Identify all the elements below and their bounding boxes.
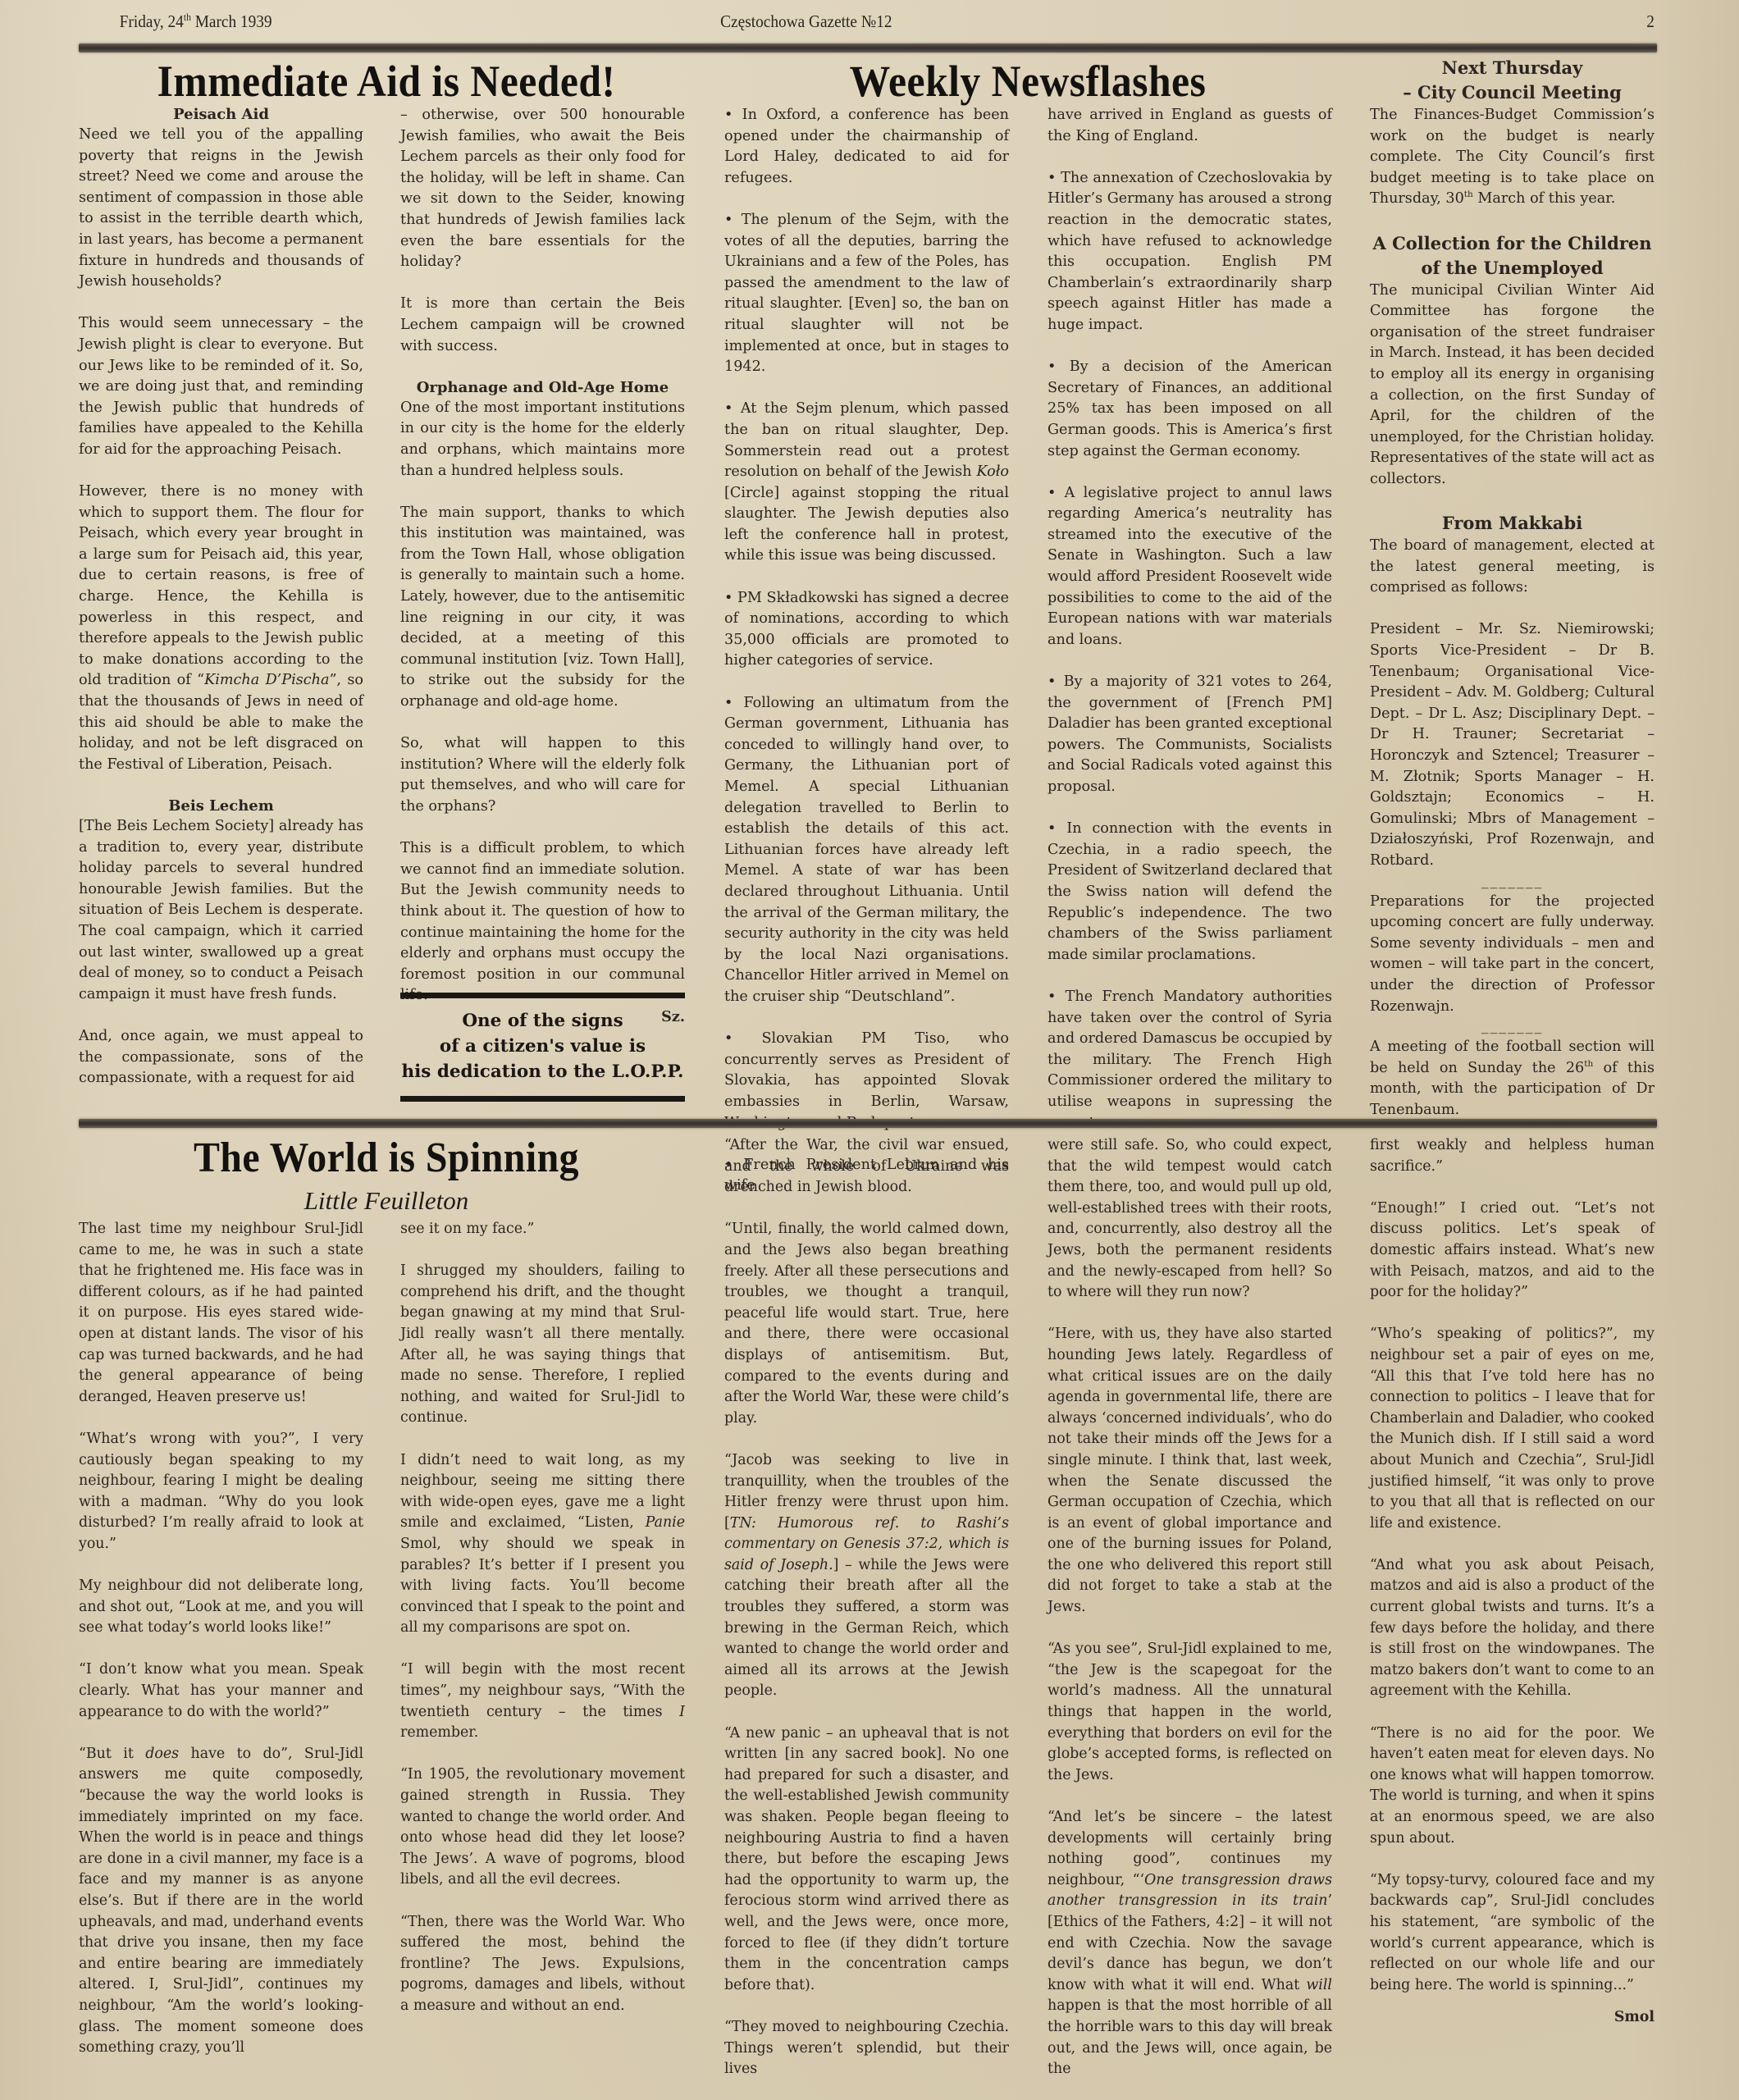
paragraph: “Here, with us, they have also started h… xyxy=(1048,1324,1332,1618)
news-item: • By a majority of 321 votes to 264, the… xyxy=(1048,672,1332,798)
lopp-notice-box: One of the signs of a citizen's value is… xyxy=(400,993,685,1102)
paragraph: “There is no aid for the poor. We haven’… xyxy=(1370,1723,1655,1850)
paragraph: And, once again, we must appeal to the c… xyxy=(79,1026,363,1089)
superscript: th xyxy=(1464,190,1473,200)
heading-collection: A Collection for the Children of the Une… xyxy=(1370,231,1655,281)
paragraph: “After the War, the civil war ensued, an… xyxy=(724,1135,1009,1198)
news-item: • In Oxford, a conference has been opene… xyxy=(724,105,1009,189)
text: [Circle] against stopping the ritual sla… xyxy=(724,485,1009,564)
heading-line: Next Thursday xyxy=(1442,57,1583,78)
column-newsflashes-2: have arrived in England as guests of the… xyxy=(1048,105,1332,1134)
publication-title: Częstochowa Gazette №12 xyxy=(79,11,1534,32)
paragraph: “A new panic – an upheaval that is not w… xyxy=(724,1723,1009,1997)
paragraph: The last time my neighbour Srul-Jidl cam… xyxy=(79,1219,363,1408)
column-feuilleton-4: were still safe. So, who could expect, t… xyxy=(1048,1135,1332,2080)
news-item: • Slovakian PM Tiso, who concurrently se… xyxy=(724,1029,1009,1134)
text: “I will begin with the most recent times… xyxy=(400,1661,685,1719)
paragraph: Need we tell you of the appalling povert… xyxy=(79,125,363,293)
column-feuilleton-5: first weakly and helpless human sacrific… xyxy=(1370,1135,1655,2029)
text: March of this year. xyxy=(1473,190,1616,207)
headline-weekly-newsflashes: Weekly Newsflashes xyxy=(745,56,1311,107)
heading-makkabi: From Makkabi xyxy=(1370,511,1655,536)
news-item: have arrived in England as guests of the… xyxy=(1048,105,1332,147)
italic-term: Kimcha D’Pischa xyxy=(204,672,329,688)
subheading-orphanage: Orphanage and Old-Age Home xyxy=(400,378,685,398)
paragraph: “Who’s speaking of politics?”, my neighb… xyxy=(1370,1324,1655,1534)
column-sidebar: Next Thursday– City Council Meeting The … xyxy=(1370,56,1655,1121)
news-item: • At the Sejm plenum, which passed the b… xyxy=(724,399,1009,567)
heading-city-council: Next Thursday– City Council Meeting xyxy=(1370,56,1655,105)
paragraph: “They moved to neighbouring Czechia. Thi… xyxy=(724,2017,1009,2080)
text: remember. xyxy=(400,1724,478,1741)
column-feuilleton-2: see it on my face.” I shrugged my should… xyxy=(400,1219,685,2017)
paragraph: “As you see”, Srul-Jidl explained to me,… xyxy=(1048,1639,1332,1786)
paragraph: One of the most important institutions i… xyxy=(400,398,685,482)
paragraph: were still safe. So, who could expect, t… xyxy=(1048,1135,1332,1303)
text: However, there is no money with which to… xyxy=(79,483,363,688)
middle-divider-rule xyxy=(79,1119,1657,1128)
paragraph: This would seem unnecessary – the Jewish… xyxy=(79,313,363,460)
paragraph: – otherwise, over 500 honourable Jewish … xyxy=(400,105,685,273)
text: have to do”, Srul-Jidl answers me quite … xyxy=(79,1746,363,2056)
news-item: • A legislative project to annul laws re… xyxy=(1048,483,1332,651)
subheading-peisach-aid: Peisach Aid xyxy=(79,105,363,125)
paragraph: “What’s wrong with you?”, I very cautiou… xyxy=(79,1429,363,1555)
paragraph: “But it does have to do”, Srul-Jidl answ… xyxy=(79,1744,363,2059)
column-feuilleton-3: “After the War, the civil war ensued, an… xyxy=(724,1135,1009,2080)
italic-term: I xyxy=(679,1704,685,1720)
news-item: • The annexation of Czechoslovakia by Hi… xyxy=(1048,168,1332,336)
paragraph: The municipal Civilian Winter Aid Commit… xyxy=(1370,281,1655,491)
paragraph: “I don’t know what you mean. Speak clear… xyxy=(79,1659,363,1723)
paragraph: So, what will happen to this institution… xyxy=(400,733,685,817)
paragraph: This is a difficult problem, to which we… xyxy=(400,838,685,1007)
superscript: th xyxy=(1584,1059,1593,1069)
text: ] – while the Jews were catching their b… xyxy=(724,1557,1009,1700)
paragraph: The board of management, elected at the … xyxy=(1370,536,1655,599)
news-item: • By a decision of the American Secretar… xyxy=(1048,357,1332,462)
paragraph: [The Beis Lechem Society] already has a … xyxy=(79,816,363,1005)
text: I didn’t need to wait long, as my neighb… xyxy=(400,1452,685,1532)
paragraph: The main support, thanks to which this i… xyxy=(400,503,685,713)
paragraph: I shrugged my shoulders, failing to comp… xyxy=(400,1261,685,1429)
text: “But it xyxy=(79,1746,145,1762)
paragraph: “I will begin with the most recent times… xyxy=(400,1659,685,1743)
masthead: Friday, 24th March 1939 Częstochowa Gaze… xyxy=(79,11,1534,36)
notice-line: One of the signs xyxy=(400,1008,685,1034)
headline-world-spinning: The World is Spinning xyxy=(103,1134,669,1182)
page-number: 2 xyxy=(1646,11,1655,32)
heading-line: – City Council Meeting xyxy=(1403,82,1622,103)
paragraph: “My topsy-turvy, coloured face and my ba… xyxy=(1370,1870,1655,1997)
news-item: • The French Mandatory authorities have … xyxy=(1048,987,1332,1134)
paragraph: “And let’s be sincere – the latest devel… xyxy=(1048,1807,1332,2080)
feuilleton-subtitle: Little Feuilleton xyxy=(79,1186,694,1216)
column-aid-2: – otherwise, over 500 honourable Jewish … xyxy=(400,105,685,1028)
paragraph: The Finances-Budget Commission’s work on… xyxy=(1370,105,1655,210)
separator-line: _______ xyxy=(1370,1017,1655,1035)
paragraph: Preparations for the projected upcoming … xyxy=(1370,892,1655,1018)
text: happen is that the most horrible of all … xyxy=(1048,1997,1332,2077)
column-feuilleton-1: The last time my neighbour Srul-Jidl cam… xyxy=(79,1219,363,2059)
italic-term: Koło xyxy=(976,463,1009,480)
paragraph: “Then, there was the World War. Who suff… xyxy=(400,1912,685,2017)
paragraph: “Until, finally, the world calmed down, … xyxy=(724,1219,1009,1429)
separator-line: _______ xyxy=(1370,872,1655,890)
column-newsflashes-1: • In Oxford, a conference has been opene… xyxy=(724,105,1009,1197)
headline-immediate-aid: Immediate Aid is Needed! xyxy=(103,56,669,107)
paragraph: see it on my face.” xyxy=(400,1219,685,1240)
author-signature: Smol xyxy=(1370,2007,1655,2029)
text: • At the Sejm plenum, which passed the b… xyxy=(724,400,1009,480)
paragraph: “In 1905, the revolutionary movement gai… xyxy=(400,1764,685,1891)
subheading-beis-lechem: Beis Lechem xyxy=(79,797,363,816)
paragraph: However, there is no money with which to… xyxy=(79,482,363,775)
paragraph: A meeting of the football section will b… xyxy=(1370,1037,1655,1121)
paragraph: I didn’t need to wait long, as my neighb… xyxy=(400,1450,685,1639)
paragraph: “Enough!” I cried out. “Let’s not discus… xyxy=(1370,1198,1655,1303)
paragraph: “Jacob was seeking to live in tranquilli… xyxy=(724,1450,1009,1702)
text: Smol, why should we speak in parables? I… xyxy=(400,1536,685,1636)
italic-term: does xyxy=(145,1746,179,1762)
news-item: • PM Składkowski has signed a decree of … xyxy=(724,588,1009,672)
notice-line: his dedication to the L.O.P.P. xyxy=(400,1059,685,1084)
top-divider-rule xyxy=(79,43,1657,52)
paragraph: first weakly and helpless human sacrific… xyxy=(1370,1135,1655,1177)
italic-term: will xyxy=(1306,1977,1332,1993)
news-item: • In connection with the events in Czech… xyxy=(1048,819,1332,966)
news-item: • Following an ultimatum from the German… xyxy=(724,693,1009,1008)
notice-line: of a citizen's value is xyxy=(400,1034,685,1059)
paragraph: It is more than certain the Beis Lechem … xyxy=(400,294,685,357)
italic-term: Panie xyxy=(646,1514,685,1531)
paragraph: “And what you ask about Peisach, matzos … xyxy=(1370,1555,1655,1702)
news-item: • The plenum of the Sejm, with the votes… xyxy=(724,210,1009,378)
paragraph: My neighbour did not deliberate long, an… xyxy=(79,1576,363,1639)
paragraph: President – Mr. Sz. Niemirowski; Sports … xyxy=(1370,619,1655,871)
column-aid-1: Peisach Aid Need we tell you of the appa… xyxy=(79,105,363,1089)
